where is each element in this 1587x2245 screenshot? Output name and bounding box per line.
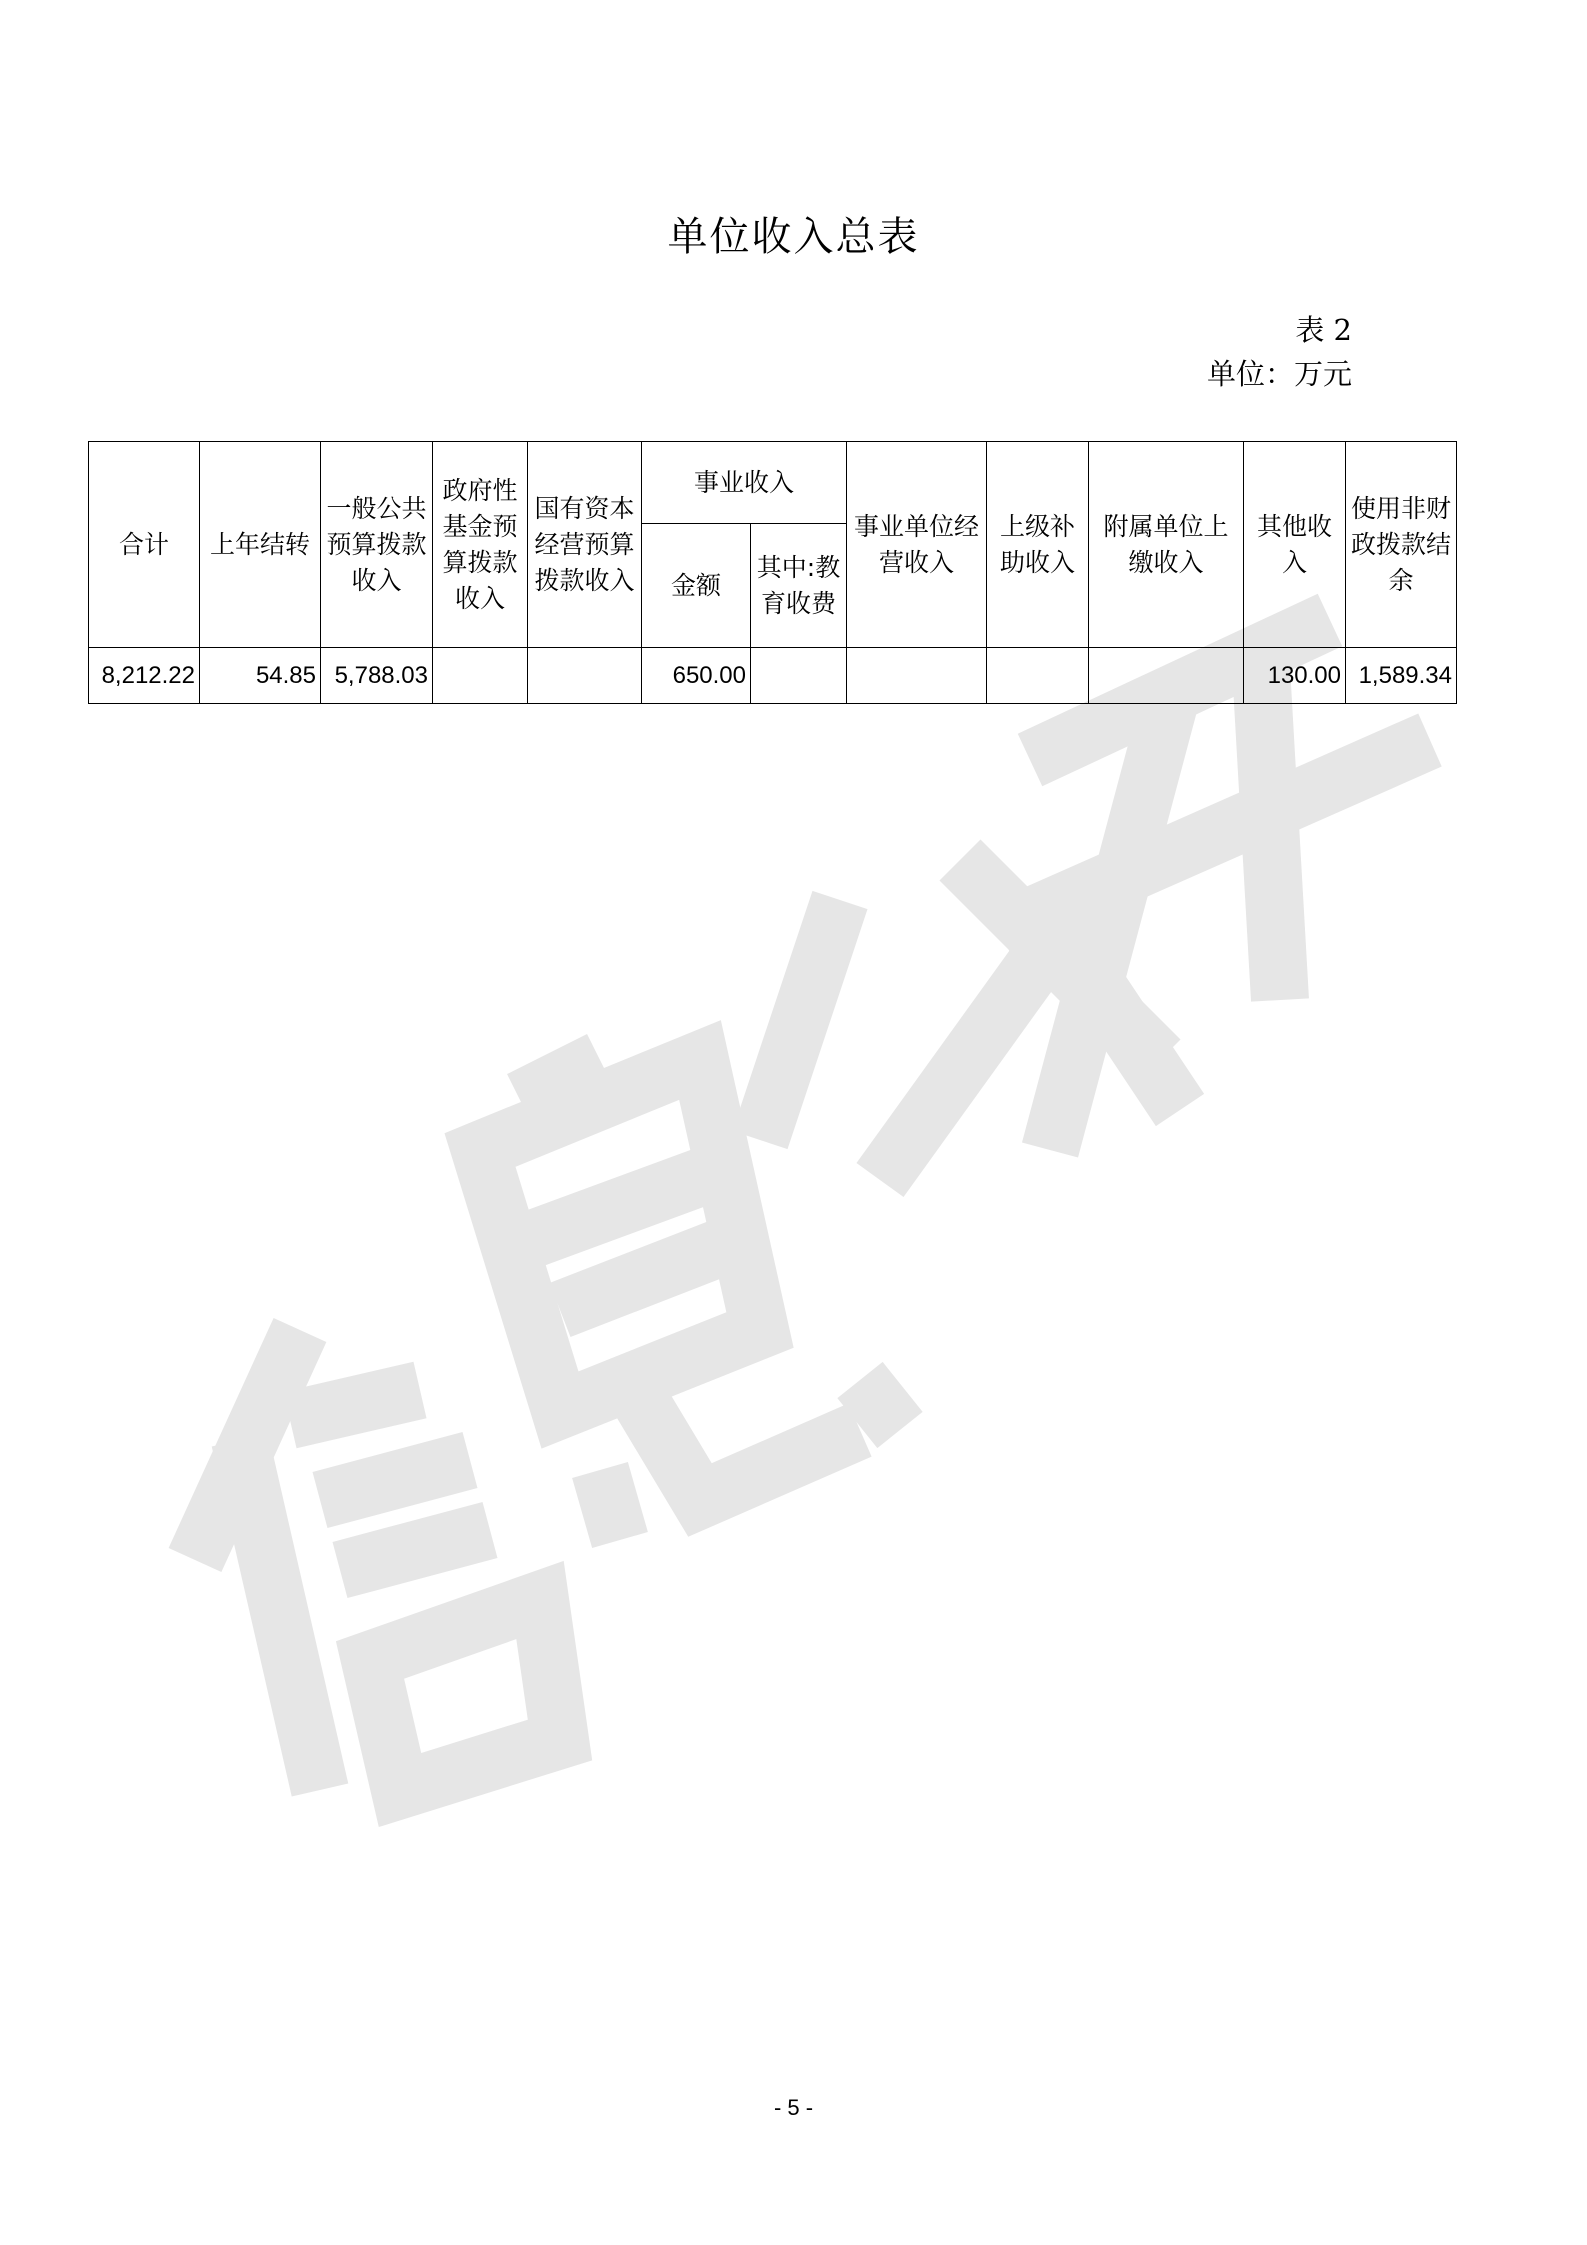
header-operating-income: 事业单位经营收入 — [847, 442, 987, 648]
cell-state-capital-budget — [528, 648, 642, 704]
header-carryover: 上年结转 — [200, 442, 321, 648]
income-summary-table: 合计 上年结转 一般公共预算拨款收入 政府性基金预算拨款收入 国有资本经营预算拨… — [88, 441, 1457, 704]
cell-affiliated-remittance — [1089, 648, 1244, 704]
cell-total: 8,212.22 — [89, 648, 200, 704]
cell-non-fiscal-balance: 1,589.34 — [1346, 648, 1457, 704]
cell-business-education-fees — [751, 648, 847, 704]
header-superior-subsidy: 上级补助收入 — [987, 442, 1089, 648]
header-business-amount: 金额 — [642, 524, 751, 648]
table-row: 8,212.22 54.85 5,788.03 650.00 130.00 1,… — [89, 648, 1457, 704]
header-gov-fund-budget: 政府性基金预算拨款收入 — [433, 442, 528, 648]
header-total: 合计 — [89, 442, 200, 648]
cell-general-public-budget: 5,788.03 — [321, 648, 433, 704]
header-state-capital-budget: 国有资本经营预算拨款收入 — [528, 442, 642, 648]
cell-other-income: 130.00 — [1244, 648, 1346, 704]
header-business-income: 事业收入 — [642, 442, 847, 524]
header-non-fiscal-balance: 使用非财政拨款结余 — [1346, 442, 1457, 648]
cell-operating-income — [847, 648, 987, 704]
header-affiliated-remittance: 附属单位上缴收入 — [1089, 442, 1244, 648]
cell-superior-subsidy — [987, 648, 1089, 704]
unit-label: 单位：万元 — [1207, 352, 1352, 393]
header-business-education-fees: 其中:教育收费 — [751, 524, 847, 648]
header-other-income: 其他收入 — [1244, 442, 1346, 648]
page-title: 单位收入总表 — [0, 205, 1587, 262]
cell-business-amount: 650.00 — [642, 648, 751, 704]
page-number: - 5 - — [0, 2095, 1587, 2121]
cell-carryover: 54.85 — [200, 648, 321, 704]
header-general-public-budget: 一般公共预算拨款收入 — [321, 442, 433, 648]
cell-gov-fund-budget — [433, 648, 528, 704]
table-number: 表 2 — [1295, 308, 1352, 349]
